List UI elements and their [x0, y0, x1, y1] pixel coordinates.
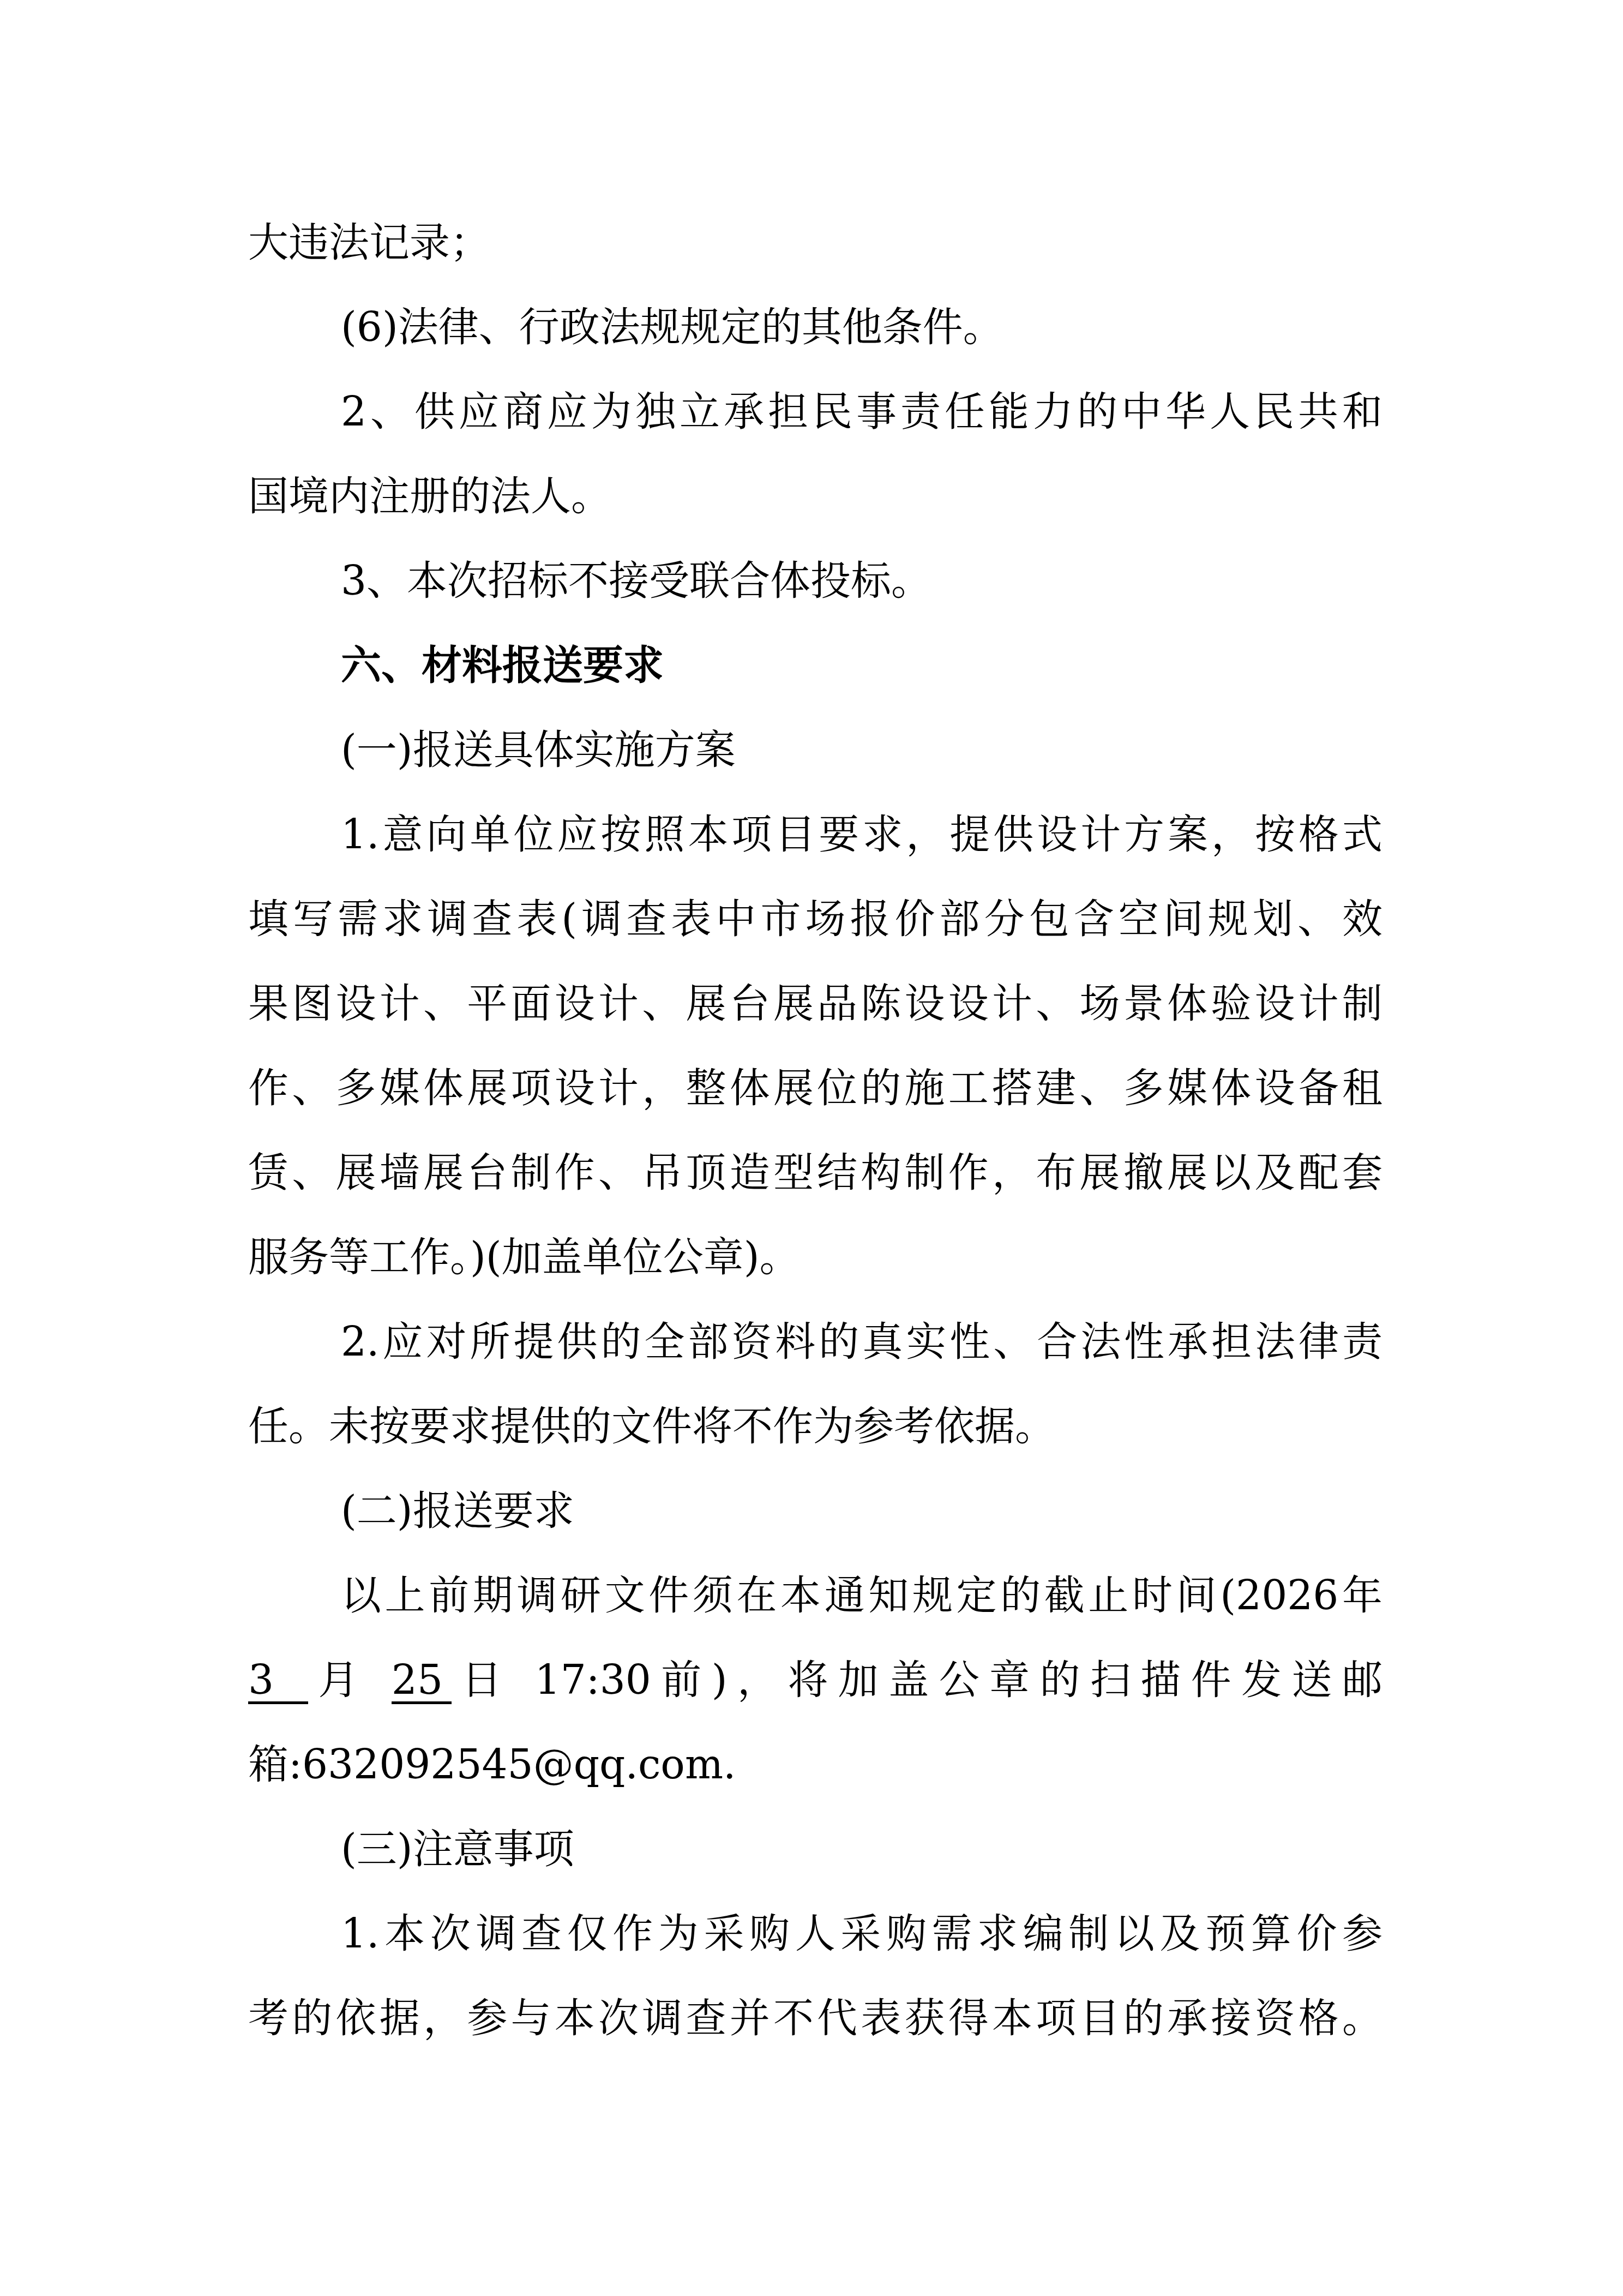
paragraph-line: 以上前期调研文件须在本通知规定的截止时间(2026年 [341, 1568, 1382, 1623]
deadline-line: 3月 25日 17:30前)，将加盖公章的扫描件发送邮 [248, 1653, 1382, 1707]
section-heading: 六、材料报送要求 [341, 638, 664, 693]
paragraph-line: 赁、展墙展台制作、吊顶造型结构制作，布展撤展以及配套 [248, 1146, 1382, 1200]
deadline-day: 25 [392, 1659, 452, 1704]
paragraph-line: 果图设计、平面设计、展台展品陈设设计、场景体验设计制 [248, 976, 1382, 1031]
paragraph-line: 2.应对所提供的全部资料的真实性、合法性承担法律责 [341, 1315, 1382, 1369]
subsection-heading: (一)报送具体实施方案 [341, 723, 736, 777]
list-item-6: (6)法律、行政法规规定的其他条件。 [341, 300, 1003, 355]
deadline-rest: 17:30前)，将加盖公章的扫描件发送邮 [535, 1657, 1382, 1704]
paragraph-line: 2、供应商应为独立承担民事责任能力的中华人民共和 [341, 385, 1382, 439]
paragraph-line: 填写需求调查表(调查表中市场报价部分包含空间规划、效 [248, 892, 1382, 946]
month-label: 月 [308, 1657, 369, 1704]
deadline-month: 3 [248, 1659, 308, 1704]
paragraph-line: 任。未按要求提供的文件将不作为参考依据。 [248, 1399, 1055, 1454]
paragraph-line: 作、多媒体展项设计，整体展位的施工搭建、多媒体设备租 [248, 1061, 1382, 1116]
subsection-heading: (二)报送要求 [341, 1484, 574, 1538]
paragraph-line: 大违法记录； [248, 215, 490, 270]
paragraph-line: 考的依据，参与本次调查并不代表获得本项目的承接资格。 [248, 1991, 1382, 2046]
paragraph-line: 1.意向单位应按照本项目要求，提供设计方案，按格式 [341, 807, 1382, 862]
day-label: 日 [452, 1657, 512, 1704]
paragraph-line: 1.本次调查仅作为采购人采购需求编制以及预算价参 [341, 1907, 1382, 1961]
subsection-heading: (三)注意事项 [341, 1822, 574, 1877]
paragraph-line: 服务等工作。)(加盖单位公章)。 [248, 1230, 800, 1285]
paragraph-line: 国境内注册的法人。 [248, 469, 611, 524]
email-line: 箱:632092545@qq.com. [248, 1737, 736, 1792]
paragraph-line: 3、本次招标不接受联合体投标。 [341, 554, 931, 608]
